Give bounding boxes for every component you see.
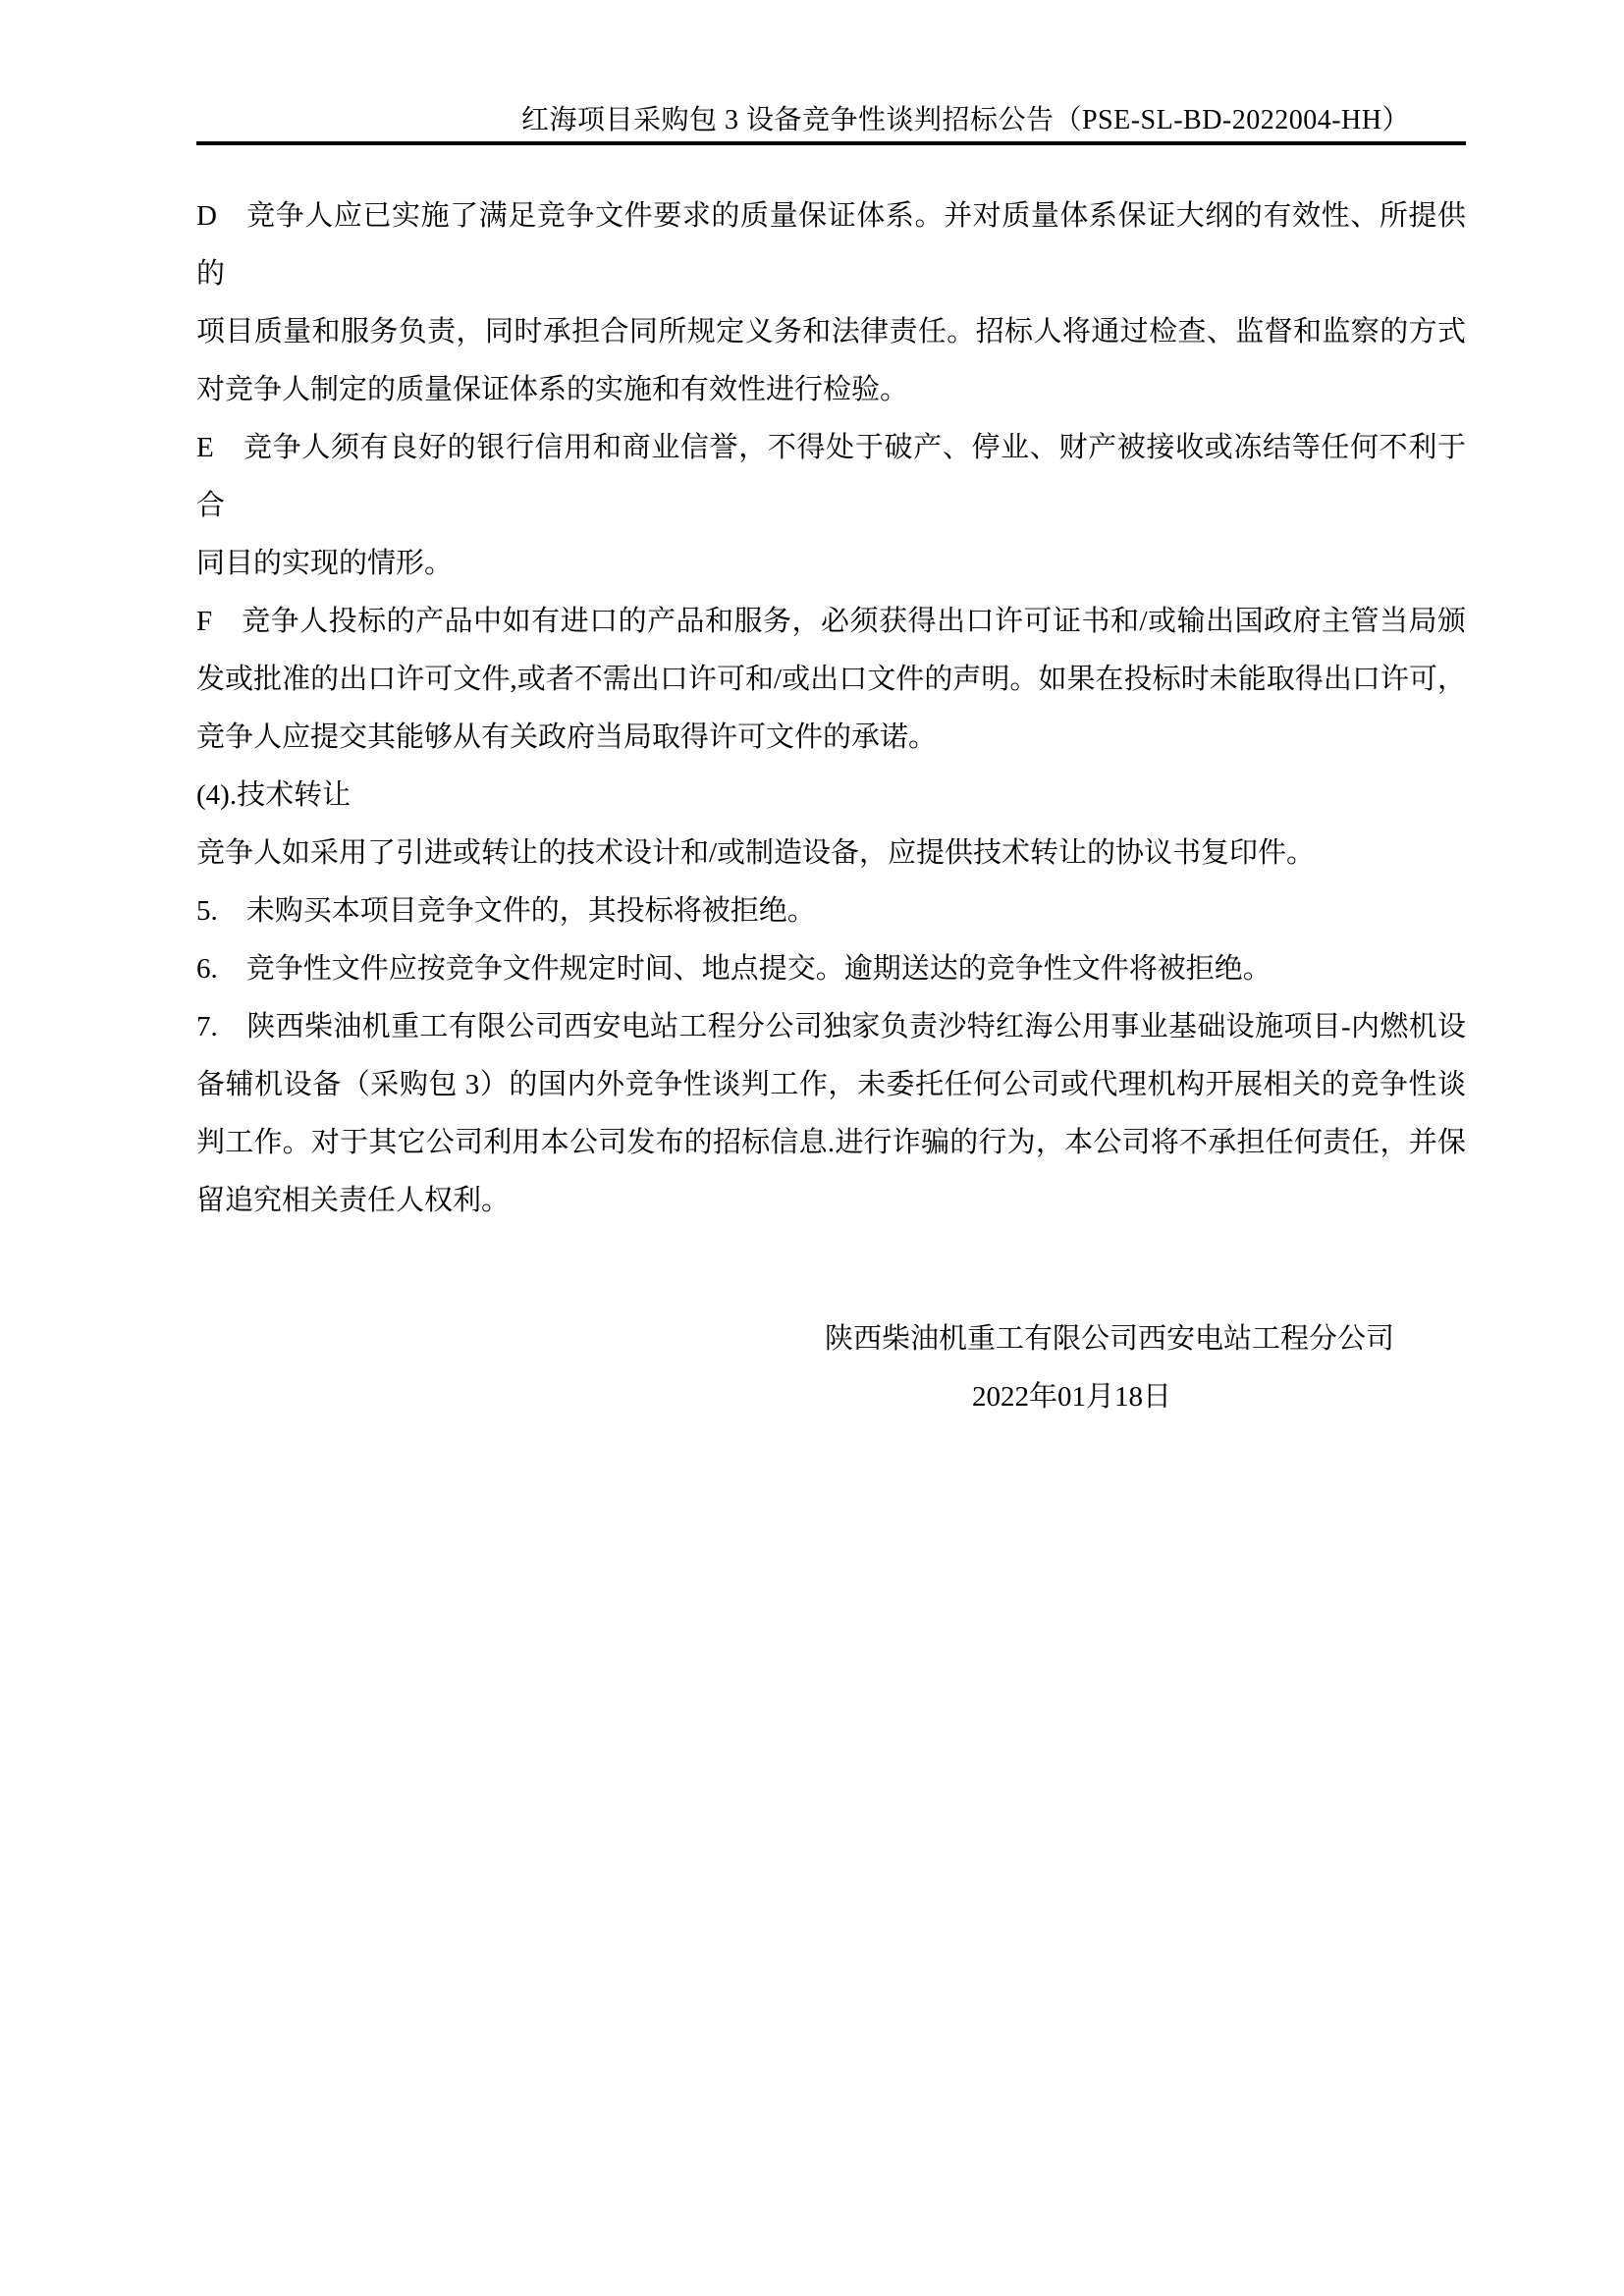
body-line-tech-transfer-text: 竞争人如采用了引进或转让的技术设计和/或制造设备，应提供技术转让的协议书复印件。 (196, 825, 1466, 882)
body-line-d-2: 项目质量和服务负责，同时承担合同所规定义务和法律责任。招标人将通过检查、监督和监… (196, 303, 1466, 361)
body-line-f-2: 发或批准的出口许可文件,或者不需出口许可和/或出口文件的声明。如果在投标时未能取… (196, 651, 1466, 709)
body-line-d-1: D 竞争人应已实施了满足竞争文件要求的质量保证体系。并对质量体系保证大纲的有效性… (196, 187, 1466, 303)
body-line-f-1: F 竞争人投标的产品中如有进口的产品和服务，必须获得出口许可证书和/或输出国政府… (196, 593, 1466, 651)
body-line-f-3: 竞争人应提交其能够从有关政府当局取得许可文件的承诺。 (196, 709, 1466, 767)
body-line-item-7-4: 留追究相关责任人权利。 (196, 1172, 1466, 1230)
body-line-item-7-3: 判工作。对于其它公司利用本公司发布的招标信息.进行诈骗的行为，本公司将不承担任何… (196, 1114, 1466, 1172)
body-line-e-1: E 竞争人须有良好的银行信用和商业信誉，不得处于破产、停业、财产被接收或冻结等任… (196, 419, 1466, 535)
page-header: 红海项目采购包 3 设备竞争性谈判招标公告（PSE-SL-BD-2022004-… (196, 0, 1466, 145)
header-divider (196, 141, 1466, 145)
header-title: 红海项目采购包 3 设备竞争性谈判招标公告（PSE-SL-BD-2022004-… (196, 104, 1466, 136)
body-line-item-5: 5. 未购买本项目竞争文件的，其投标将被拒绝。 (196, 882, 1466, 940)
document-page: 红海项目采购包 3 设备竞争性谈判招标公告（PSE-SL-BD-2022004-… (0, 0, 1624, 2296)
page-content: 红海项目采购包 3 设备竞争性谈判招标公告（PSE-SL-BD-2022004-… (196, 0, 1466, 1426)
body-line-e-2: 同目的实现的情形。 (196, 535, 1466, 593)
body-line-item-7-2: 备辅机设备（采购包 3）的国内外竞争性谈判工作，未委托任何公司或代理机构开展相关… (196, 1056, 1466, 1114)
signature-date: 2022年01月18日 (196, 1368, 1466, 1426)
document-body: D 竞争人应已实施了满足竞争文件要求的质量保证体系。并对质量体系保证大纲的有效性… (196, 187, 1466, 1230)
signature-block: 陕西柴油机重工有限公司西安电站工程分公司 2022年01月18日 (196, 1310, 1466, 1426)
signature-company: 陕西柴油机重工有限公司西安电站工程分公司 (196, 1310, 1466, 1368)
body-line-d-3: 对竞争人制定的质量保证体系的实施和有效性进行检验。 (196, 361, 1466, 419)
body-line-item-6: 6. 竞争性文件应按竞争文件规定时间、地点提交。逾期送达的竞争性文件将被拒绝。 (196, 940, 1466, 998)
body-line-item-7-1: 7. 陕西柴油机重工有限公司西安电站工程分公司独家负责沙特红海公用事业基础设施项… (196, 998, 1466, 1056)
body-line-tech-transfer-heading: (4).技术转让 (196, 767, 1466, 825)
